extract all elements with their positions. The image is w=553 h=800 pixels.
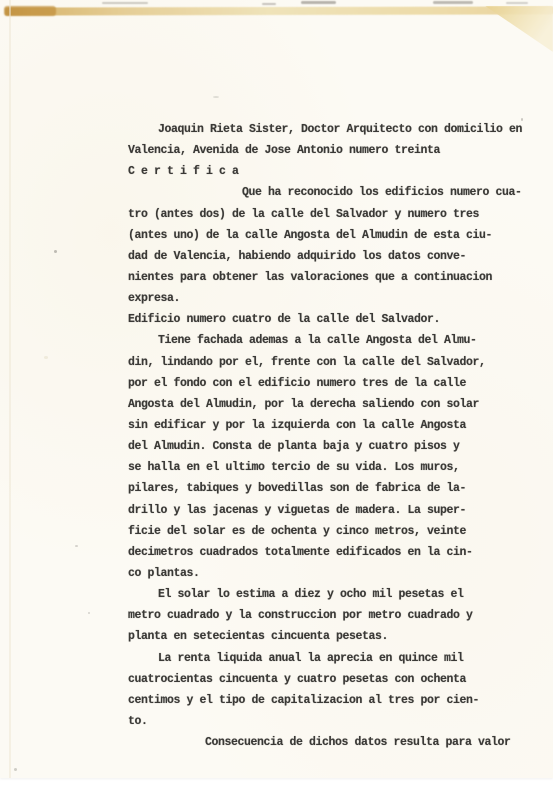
paper-speck xyxy=(14,768,17,771)
document-line: metro cuadrado y la construccion por met… xyxy=(128,605,528,626)
document-line: to. xyxy=(128,711,528,732)
scanned-document-page: Joaquin Rieta Sister, Doctor Arquitecto … xyxy=(0,0,553,800)
document-line: Angosta del Almudin, por la derecha sali… xyxy=(128,394,528,415)
document-line: centimos y el tipo de capitalizacion al … xyxy=(128,690,528,711)
scanner-smudge-mark xyxy=(506,2,528,4)
document-line: se halla en el ultimo tercio de su vida.… xyxy=(128,457,528,478)
document-line: El solar lo estima a diez y ocho mil pes… xyxy=(128,584,528,605)
paper-speck xyxy=(44,356,48,359)
document-line: Tiene fachada ademas a la calle Angosta … xyxy=(128,330,528,351)
scanner-smudge-mark xyxy=(102,2,148,4)
paper-speck xyxy=(213,96,219,98)
document-line: din, lindando por el, frente con la call… xyxy=(128,352,528,373)
document-line: cuatrocientas cincuenta y cuatro pesetas… xyxy=(128,669,528,690)
document-line: ficie del solar es de ochenta y cinco me… xyxy=(128,521,528,542)
document-line: tro (antes dos) de la calle del Salvador… xyxy=(128,204,528,225)
typewritten-text-block: Joaquin Rieta Sister, Doctor Arquitecto … xyxy=(128,119,528,753)
document-line: Edificio numero cuatro de la calle del S… xyxy=(128,309,528,330)
document-line: planta en setecientas cincuenta pesetas. xyxy=(128,626,528,647)
document-line: expresa. xyxy=(128,288,528,309)
document-line: Joaquin Rieta Sister, Doctor Arquitecto … xyxy=(128,119,528,140)
document-line: drillo y las jacenas y viguetas de mader… xyxy=(128,500,528,521)
document-line: del Almudin. Consta de planta baja y cua… xyxy=(128,436,528,457)
scanner-smudge-mark xyxy=(301,1,336,4)
paper-speck xyxy=(88,612,90,614)
scanner-smudge-mark xyxy=(433,1,473,4)
scanner-smudge-mark xyxy=(262,3,276,5)
paper-speck xyxy=(75,545,78,547)
tape-residue-strip xyxy=(5,6,553,15)
paper-crease-line xyxy=(9,0,11,778)
document-line: sin edificar y por la izquierda con la c… xyxy=(128,415,528,436)
tape-residue-blob xyxy=(4,6,56,16)
document-line: (antes uno) de la calle Angosta del Almu… xyxy=(128,225,528,246)
paper-speck xyxy=(54,250,57,253)
document-line: Valencia, Avenida de Jose Antonio numero… xyxy=(128,140,528,161)
document-line: dad de Valencia, habiendo adquirido los … xyxy=(128,246,528,267)
document-line: Que ha reconocido los edificios numero c… xyxy=(128,182,528,203)
document-line: Consecuencia de dichos datos resulta par… xyxy=(128,732,528,753)
document-line: nientes para obtener las valoraciones qu… xyxy=(128,267,528,288)
document-line: C e r t i f i c a xyxy=(128,161,528,182)
document-line: pilares, tabiques y bovedillas son de fa… xyxy=(128,478,528,499)
document-line: por el fondo con el edificio numero tres… xyxy=(128,373,528,394)
document-line: La renta liquida anual la aprecia en qui… xyxy=(128,648,528,669)
document-line: co plantas. xyxy=(128,563,528,584)
document-line: decimetros cuadrados totalmente edificad… xyxy=(128,542,528,563)
